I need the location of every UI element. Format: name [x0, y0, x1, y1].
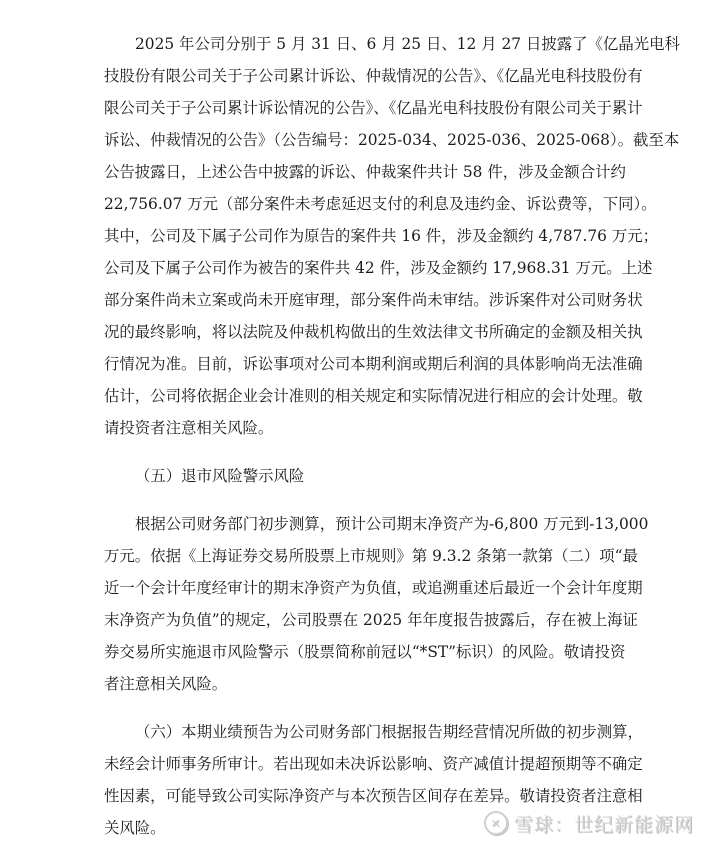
paragraph-line: 部分案件尚未立案或尚未开庭审理，部分案件尚未审结。涉诉案件对公司财务状 [104, 284, 600, 316]
paragraph-line: 限公司关于子公司累计诉讼情况的公告》、《亿晶光电科技股份有限公司关于累计 [104, 92, 600, 124]
paragraph-line: 券交易所实施退市风险警示（股票简称前冠以“*ST”标识）的风险。敬请投资 [104, 636, 600, 668]
paragraph-line: 22,756.07 万元（部分案件未考虑延迟支付的利息及违约金、诉讼费等，下同）… [104, 188, 600, 220]
paragraph-line: 万元。依据《上海证券交易所股票上市规则》第 9.3.2 条第一款第（二）项“最 [104, 540, 600, 572]
watermark: ✕ 雪球：世纪新能源网 [484, 808, 694, 838]
paragraph-line: 末净资产为负值”的规定，公司股票在 2025 年年度报告披露后，存在被上海证 [104, 604, 600, 636]
paragraph-line: 行情况为准。目前，诉讼事项对公司本期利润或期后利润的具体影响尚无法准确 [104, 348, 600, 380]
watermark-text: 雪球：世纪新能源网 [514, 810, 694, 837]
paragraph-line: 2025 年公司分别于 5 月 31 日、6 月 25 日、12 月 27 日披… [104, 28, 600, 60]
paragraph-line: 诉讼、仲裁情况的公告》（公告编号：2025-034、2025-036、2025-… [104, 124, 600, 156]
paragraph-line: 公司及下属子公司作为被告的案件共 42 件，涉及金额约 17,968.31 万元… [104, 252, 600, 284]
paragraph-line: 根据公司财务部门初步测算，预计公司期末净资产为-6,800 万元到-13,000 [104, 508, 600, 540]
paragraph-line: 公告披露日，上述公告中披露的诉讼、仲裁案件共计 58 件，涉及金额合计约 [104, 156, 600, 188]
paragraph-line: 况的最终影响，将以法院及仲裁机构做出的生效法律文书所确定的金额及相关执 [104, 316, 600, 348]
paragraph-line: 其中，公司及下属子公司作为原告的案件共 16 件，涉及金额约 4,787.76 … [104, 220, 600, 252]
paragraph-line: （六）本期业绩预告为公司财务部门根据报告期经营情况所做的初步测算， [104, 716, 600, 748]
paragraph-line: 估计，公司将依据企业会计准则的相关规定和实际情况进行相应的会计处理。敬 [104, 380, 600, 412]
paragraph-line: 技股份有限公司关于子公司累计诉讼、仲裁情况的公告》、《亿晶光电科技股份有 [104, 60, 600, 92]
snowball-logo-icon: ✕ [484, 811, 508, 835]
paragraph-line: 者注意相关风险。 [104, 668, 600, 700]
section-title: （五）退市风险警示风险 [104, 460, 600, 492]
paragraph-line: 近一个会计年度经审计的期末净资产为负值，或追溯重述后最近一个会计年度期 [104, 572, 600, 604]
paragraph-line: 未经会计师事务所审计。若出现如未决诉讼影响、资产减值计提超预期等不确定 [104, 748, 600, 780]
paragraph-line: 请投资者注意相关风险。 [104, 412, 600, 444]
